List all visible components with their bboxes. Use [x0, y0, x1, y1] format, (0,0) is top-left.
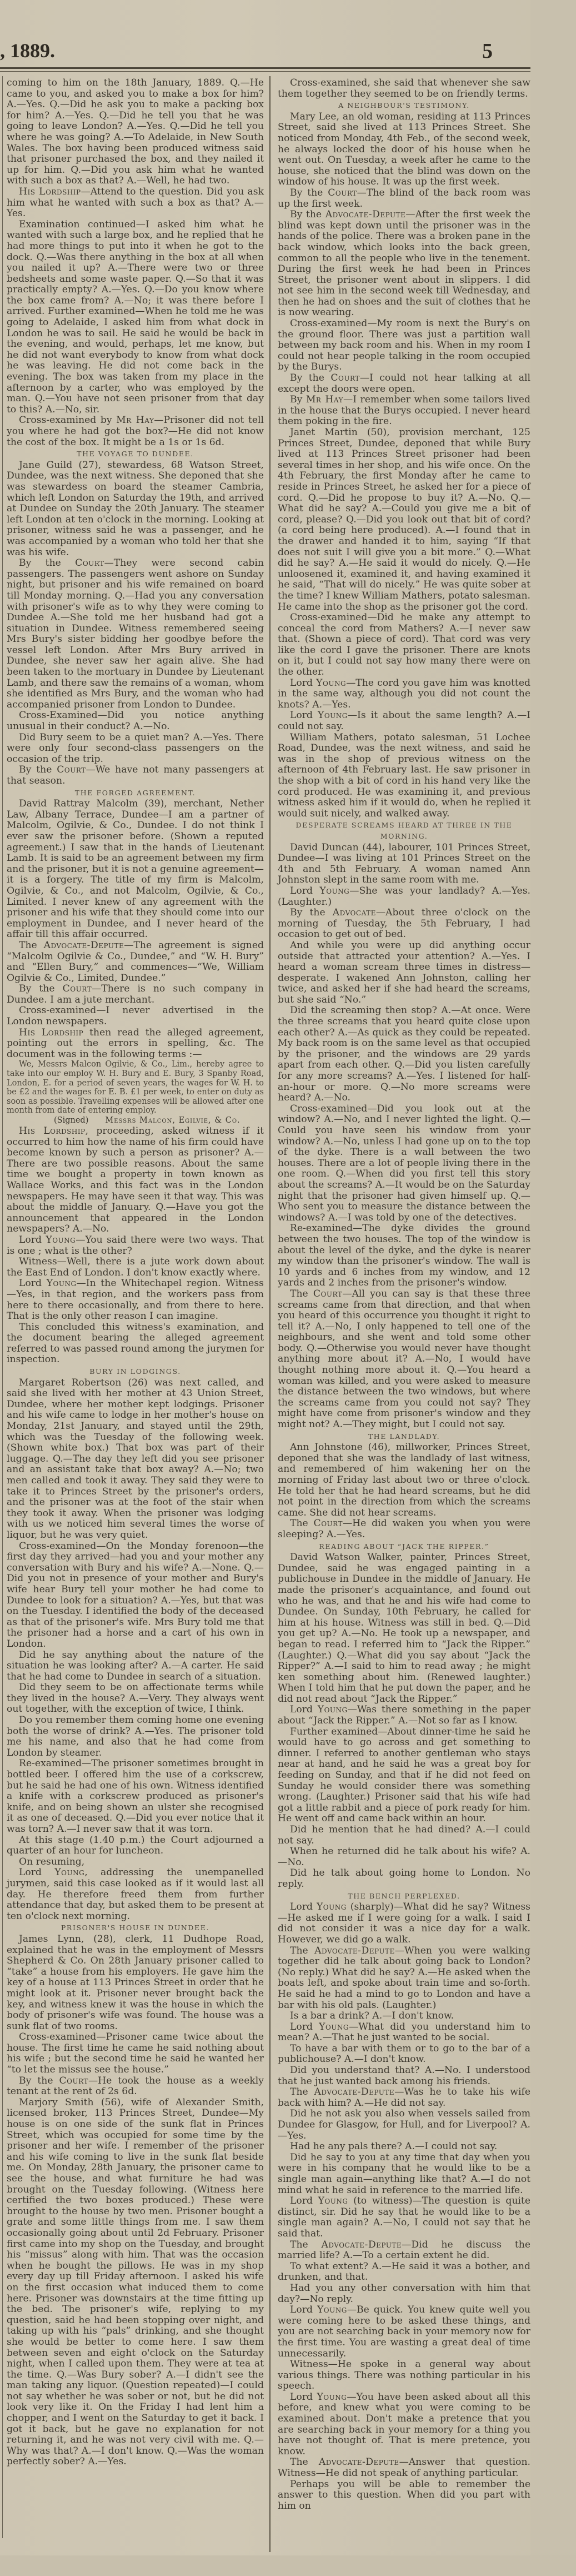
speaker-prefix: By the: [19, 764, 57, 775]
speaker-prefix: The: [19, 940, 44, 951]
speaker-prefix: Lord: [19, 1278, 47, 1289]
article-paragraph: Mary Lee, an old woman, residing at 113 …: [278, 112, 530, 188]
section-subheading: The bench perplexed.: [278, 1891, 530, 1902]
paragraph-text: Ann Johnstone (46), millworker, Princes …: [278, 1442, 530, 1518]
paragraph-text: Mary Lee, an old woman, residing at 113 …: [278, 111, 530, 188]
speaker-name: Court: [75, 557, 104, 569]
article-paragraph: By the Court—There is no such company in…: [7, 984, 264, 1005]
paragraph-text: Witness—Well, there is a jute work down …: [7, 1256, 264, 1278]
article-paragraph: Did he say anything about the nature of …: [7, 1650, 264, 1683]
speaker-prefix: By the: [290, 209, 325, 220]
article-paragraph: Had you any other conversation with him …: [278, 2283, 530, 2305]
speaker-name: Young: [318, 2195, 348, 2206]
article-paragraph: Did you understand that? A.—No. I unders…: [278, 2065, 530, 2087]
article-paragraph: Examination continued—I asked him what h…: [7, 220, 264, 416]
article-paragraph: His Lordship, proceeding, asked witness …: [7, 1126, 264, 1235]
article-paragraph: Lord Young—You said there were two ways.…: [7, 1235, 264, 1257]
speaker-prefix: Lord: [19, 1867, 54, 1878]
paragraph-text: Witness—He spoke in a general way about …: [278, 2359, 530, 2391]
article-paragraph: Did he talk about going home to London. …: [278, 1868, 530, 1890]
article-paragraph: Cross-examined—On the Monday forenoon—th…: [7, 1541, 264, 1650]
header-rule: [0, 67, 530, 72]
speaker-prefix: By the: [290, 372, 330, 383]
article-paragraph: His Lordship—Attend to the question. Did…: [7, 187, 264, 220]
article-paragraph: Witness—Well, there is a jute work down …: [7, 1257, 264, 1278]
paragraph-text: Did he mention that he had dined? A.—I c…: [278, 1824, 530, 1846]
article-paragraph: Margaret Robertson (26) was next called,…: [7, 1378, 264, 1541]
speaker-name: Advocate-Depute: [314, 1945, 395, 1956]
paragraph-text: On resuming,: [19, 1856, 84, 1867]
article-paragraph: Do you remember them coming home one eve…: [7, 1715, 264, 1758]
speaker-name: Advocate-Depute: [319, 2457, 399, 2468]
paragraph-text: David Rattray Malcolm (39), merchant, Ne…: [7, 798, 264, 940]
article-paragraph: By Mr Hay—I remember when some tailors l…: [278, 395, 530, 427]
paragraph-text: Did he say anything about the nature of …: [7, 1650, 264, 1682]
speaker-name: Mr Hay: [306, 394, 343, 405]
speaker-prefix: The: [290, 1288, 313, 1299]
article-paragraph: Re-examined—The dyke divides the ground …: [278, 1223, 530, 1289]
article-paragraph: Did he mention that he had dined? A.—I c…: [278, 1825, 530, 1846]
article-paragraph: James Lynn, (28), clerk, 11 Dudhope Road…: [7, 1934, 264, 2032]
article-paragraph: To have a bar with them or to go to the …: [278, 2044, 530, 2065]
speaker-name: Advocate-Depute: [321, 2239, 402, 2250]
paragraph-text: And while you were up did anything occur…: [278, 940, 530, 1005]
speaker-prefix: Lord: [290, 677, 316, 689]
speaker-prefix: By the: [19, 2075, 59, 2086]
section-subheading: The landlady.: [278, 1431, 530, 1442]
article-paragraph: Lord Young (to witness)—The question is …: [278, 2196, 530, 2239]
article-paragraph: When he returned did he talk about his w…: [278, 1846, 530, 1868]
article-paragraph: Lord Young—Was there something in the pa…: [278, 1705, 530, 1726]
speaker-name: His Lordship: [19, 1125, 86, 1137]
paragraph-text: Cross-examined—My room is next the Bury'…: [278, 318, 530, 372]
article-paragraph: The Advocate-Depute—When you were walkin…: [278, 1946, 530, 2011]
speaker-name: Advocate: [333, 907, 376, 918]
paragraph-text: —After the first week the blind was kept…: [278, 209, 530, 318]
article-paragraph: This concluded this witness's examinatio…: [7, 1322, 264, 1366]
paragraph-text: Cross-examined, she said that whenever s…: [278, 77, 530, 99]
paragraph-text: This concluded this witness's examinatio…: [7, 1322, 264, 1366]
speaker-name: Court: [313, 1288, 342, 1299]
speaker-name: Young: [317, 1901, 347, 1912]
article-paragraph: Lord Young (sharply)—What did he say? Wi…: [278, 1902, 530, 1945]
article-paragraph: Janet Martin (50), provision merchant, 1…: [278, 427, 530, 612]
article-paragraph: At this stage (1.40 p.m.) the Court adjo…: [7, 1835, 264, 1857]
speaker-name: Young: [319, 885, 349, 896]
article-paragraph: Witness—He spoke in a general way about …: [278, 2359, 530, 2392]
article-paragraph: David Duncan (44), labourer, 101 Princes…: [278, 843, 530, 886]
speaker-name: Young: [54, 1867, 84, 1878]
speaker-prefix: Lord: [290, 1704, 318, 1715]
speaker-prefix: By the: [290, 187, 328, 198]
article-paragraph: Had he any pals there? A.—I could not sa…: [278, 2141, 530, 2153]
paragraph-text: Did he not ask you also when vessels sai…: [278, 2108, 530, 2141]
article-paragraph: On resuming,: [7, 1857, 264, 1868]
article-paragraph: Lord Young—In the Whitechapel region. Wi…: [7, 1278, 264, 1322]
speaker-name: Court: [314, 1518, 343, 1529]
speaker-prefix: Lord: [290, 2304, 317, 2315]
article-paragraph: By the Court—I could not hear talking at…: [278, 373, 530, 395]
article-paragraph: Cross-examined by Mr Hay—Prisoner did no…: [7, 415, 264, 448]
article-paragraph: Lord Young—Is it about the same length? …: [278, 710, 530, 732]
article-paragraph: Marjory Smith (56), wife of Alexander Sm…: [7, 2097, 264, 2468]
article-paragraph: Is a bar a drink? A.—I don't know.: [278, 2011, 530, 2022]
paragraph-text: coming to him on the 18th January, 1889.…: [7, 77, 264, 186]
speaker-prefix: Lord: [290, 710, 318, 721]
article-paragraph: Further examined—About dinner-time he sa…: [278, 1727, 530, 1825]
section-subheading: The forged agreement.: [7, 788, 264, 799]
paragraph-text: At this stage (1.40 p.m.) the Court adjo…: [7, 1835, 264, 1857]
article-paragraph: Lord Young—What did you understand him t…: [278, 2022, 530, 2044]
speaker-name: Young: [316, 677, 346, 689]
paragraph-text: Further examined—About dinner-time he sa…: [278, 1726, 530, 1825]
article-paragraph: His Lordship then read the alleged agree…: [7, 1028, 264, 1060]
article-paragraph: Ann Johnstone (46), millworker, Princes …: [278, 1442, 530, 1518]
speaker-name: Court: [59, 2075, 88, 2086]
article-paragraph: Did he say to you at any time that day w…: [278, 2153, 530, 2196]
speaker-name: Mr Hay: [116, 415, 154, 426]
paragraph-text: Re-examined—The dyke divides the ground …: [278, 1223, 530, 1288]
article-paragraph: Lord Young, addressing the unempanelled …: [7, 1867, 264, 1922]
speaker-prefix: Lord: [290, 885, 319, 896]
speaker-name: Young: [317, 2304, 347, 2315]
column-rule-center: [269, 76, 271, 2552]
article-paragraph: Jane Guild (27), stewardess, 68 Watson S…: [7, 460, 264, 558]
speaker-name: Young: [319, 2021, 349, 2032]
paragraph-text: David Watson Walker, painter, Princes St…: [278, 1552, 530, 1705]
article-paragraph: Lord Young—Be quick. You knew quite well…: [278, 2305, 530, 2359]
paragraph-text: Did Bury seem to be a quiet man? A.—Yes.…: [7, 732, 264, 765]
paragraph-text: Cross-examined—Did he make any attempt t…: [278, 612, 530, 677]
paragraph-text: , proceeding, asked witness if it occurr…: [7, 1125, 264, 1234]
paragraph-text: Cross-examined—Did you look out at the w…: [278, 1103, 530, 1223]
article-paragraph: Did Bury seem to be a quiet man? A.—Yes.…: [7, 733, 264, 765]
paragraph-text: Did he say to you at any time that day w…: [278, 2152, 530, 2196]
paragraph-text: Examination continued—I asked him what h…: [7, 219, 264, 415]
article-paragraph: Cross-examined—My room is next the Bury'…: [278, 318, 530, 373]
paragraph-text: Did he talk about going home to London. …: [278, 1867, 530, 1890]
article-paragraph: Cross-Examined—Did you notice anything u…: [7, 710, 264, 732]
article-paragraph: By the Court—We have not many passengers…: [7, 765, 264, 786]
article-paragraph: By the Court—The blind of the back room …: [278, 188, 530, 210]
article-paragraph: Did the screaming then stop? A.—At once.…: [278, 1005, 530, 1103]
article-paragraph: Did they seem to be on affectionate term…: [7, 1682, 264, 1715]
agreement-signature: (Signed)Messrs Malcon, Egilvie, & Co.: [7, 1115, 264, 1126]
paragraph-text: Did they seem to be on affectionate term…: [7, 1682, 264, 1715]
paragraph-text: Did you understand that? A.—No. I unders…: [278, 2065, 530, 2087]
paragraph-text: Perhaps you will be able to remember the…: [278, 2479, 530, 2512]
article-paragraph: Lord Young—You have been asked about all…: [278, 2392, 530, 2458]
speaker-name: Advocate-Depute: [314, 2086, 395, 2097]
signature-label: (Signed): [54, 1116, 88, 1125]
paragraph-text: Cross-Examined—Did you notice anything u…: [7, 710, 264, 732]
article-paragraph: By the Court—He took the house as a week…: [7, 2076, 264, 2097]
section-subheading: The voyage to Dundee.: [7, 449, 264, 460]
paragraph-text: Had you any other conversation with him …: [278, 2283, 530, 2305]
article-paragraph: Cross-examined, she said that whenever s…: [278, 78, 530, 99]
speaker-prefix: Cross-examined by: [19, 415, 116, 426]
article-paragraph: The Advocate-Depute—Was he to take his w…: [278, 2087, 530, 2109]
article-paragraph: Perhaps you will be able to remember the…: [278, 2479, 530, 2512]
speaker-name: Young: [47, 1278, 77, 1289]
speaker-name: Young: [46, 1234, 76, 1245]
speaker-prefix: Lord: [290, 1901, 317, 1912]
paragraph-text: William Mathers, potato salesman, 51 Loc…: [278, 732, 530, 819]
article-paragraph: To what extent? A.—He said it was a both…: [278, 2261, 530, 2283]
speaker-prefix: The: [290, 1945, 314, 1956]
speaker-prefix: Lord: [290, 2195, 318, 2206]
speaker-name: Court: [328, 187, 357, 198]
paragraph-text: David Duncan (44), labourer, 101 Princes…: [278, 842, 530, 886]
speaker-prefix: Lord: [290, 2391, 317, 2403]
article-paragraph: Lord Young—She was your landlady? A.—Yes…: [278, 886, 530, 908]
article-paragraph: David Watson Walker, painter, Princes St…: [278, 1552, 530, 1705]
speaker-name: His Lordship: [19, 186, 81, 197]
speaker-name: Advocate-Depute: [325, 209, 406, 220]
paragraph-text: —They were second cabin passengers. The …: [7, 557, 264, 710]
section-subheading: Bury in lodgings.: [7, 1366, 264, 1377]
paragraph-text: Janet Martin (50), provision merchant, 1…: [278, 427, 530, 612]
article-paragraph: By the Advocate-Depute—After the first w…: [278, 210, 530, 318]
paragraph-text: Margaret Robertson (26) was next called,…: [7, 1377, 264, 1541]
speaker-prefix: By the: [19, 983, 63, 994]
paragraph-text: Cross-examined—Prisoner came twice about…: [7, 2031, 264, 2075]
paragraph-text: To what extent? A.—He said it was a both…: [278, 2261, 530, 2283]
paragraph-text: Is a bar a drink? A.—I don't know.: [290, 2010, 454, 2021]
paragraph-text: Cross-examined—I never advertised in the…: [7, 1005, 264, 1027]
speaker-name: Court: [57, 764, 86, 775]
paragraph-text: Marjory Smith (56), wife of Alexander Sm…: [7, 2097, 264, 2468]
column-rule-left: [2, 76, 3, 2538]
speaker-name: Young: [318, 710, 348, 721]
speaker-name: Young: [318, 1704, 348, 1715]
paragraph-text: Do you remember them coming home one eve…: [7, 1715, 264, 1758]
speaker-name: Court: [330, 372, 359, 383]
article-paragraph: coming to him on the 18th January, 1889.…: [7, 78, 264, 187]
article-paragraph: Cross-examined—Prisoner came twice about…: [7, 2032, 264, 2075]
article-paragraph: William Mathers, potato salesman, 51 Loc…: [278, 733, 530, 820]
page-margin: [530, 0, 576, 2576]
article-column-left: coming to him on the 18th January, 1889.…: [7, 78, 264, 2468]
article-paragraph: Re-examined—The prisoner sometimes broug…: [7, 1758, 264, 1835]
speaker-name: Court: [63, 983, 92, 994]
speaker-prefix: By: [290, 394, 306, 405]
article-paragraph: And while you were up did anything occur…: [278, 940, 530, 1006]
paragraph-text: To have a bar with them or to go to the …: [278, 2043, 530, 2065]
article-paragraph: The Advocate-Depute—The agreement is sig…: [7, 940, 264, 984]
section-subheading: A neighbour's testimony.: [278, 100, 530, 111]
article-paragraph: By the Advocate—About three o'clock on t…: [278, 908, 530, 940]
paragraph-text: —All you can say is that these three scr…: [278, 1288, 530, 1430]
speaker-prefix: The: [290, 2457, 319, 2468]
section-subheading: Reading about “Jack the Ripper.”: [278, 1541, 530, 1552]
section-subheading: Desperate screams heard at three in the …: [278, 820, 530, 841]
paragraph-text: Had he any pals there? A.—I could not sa…: [290, 2141, 497, 2152]
paragraph-text: Jane Guild (27), stewardess, 68 Watson S…: [7, 460, 264, 558]
article-paragraph: Did he not ask you also when vessels sai…: [278, 2109, 530, 2141]
article-paragraph: The Advocate-Depute—Answer that question…: [278, 2457, 530, 2479]
paragraph-text: Re-examined—The prisoner sometimes broug…: [7, 1758, 264, 1835]
speaker-name: Young: [317, 2391, 347, 2403]
page-number: 5: [482, 39, 493, 63]
article-paragraph: Cross-examined—Did he make any attempt t…: [278, 612, 530, 678]
header-date: , 1889.: [0, 39, 55, 62]
article-paragraph: Cross-examined—I never advertised in the…: [7, 1005, 264, 1027]
speaker-prefix: By the: [290, 907, 333, 918]
article-paragraph: By the Court—They were second cabin pass…: [7, 558, 264, 710]
section-subheading: Prisoner's house in Dundee.: [7, 1922, 264, 1934]
speaker-name: His Lordship: [19, 1027, 83, 1038]
article-paragraph: David Rattray Malcolm (39), merchant, Ne…: [7, 799, 264, 940]
speaker-prefix: The: [290, 1518, 314, 1529]
article-paragraph: The Court—All you can say is that these …: [278, 1289, 530, 1431]
speaker-prefix: By the: [19, 557, 75, 569]
article-paragraph: Cross-examined—Did you look out at the w…: [278, 1104, 530, 1224]
paragraph-text: Did the screaming then stop? A.—At once.…: [278, 1005, 530, 1103]
article-paragraph: The Court—He did waken you when you were…: [278, 1518, 530, 1540]
agreement-quote: We, Messrs Malcon Ogilvie, & Co., Lim., …: [7, 1060, 264, 1115]
signature-name: Messrs Malcon, Egilvie, & Co.: [105, 1116, 240, 1125]
speaker-prefix: Lord: [290, 2021, 319, 2032]
speaker-name: Advocate-Depute: [44, 940, 124, 951]
paragraph-text: When he returned did he talk about his w…: [278, 1846, 530, 1868]
speaker-prefix: The: [290, 2086, 314, 2097]
speaker-prefix: Lord: [19, 1234, 46, 1245]
article-paragraph: The Advocate-Depute—Did he discuss the m…: [278, 2240, 530, 2261]
article-column-right: Cross-examined, she said that whenever s…: [278, 78, 530, 2512]
page-bottom-margin: [0, 2555, 576, 2576]
article-paragraph: Lord Young—The cord you gave him was kno…: [278, 678, 530, 711]
paragraph-text: James Lynn, (28), clerk, 11 Dudhope Road…: [7, 1934, 264, 2032]
speaker-prefix: The: [290, 2239, 321, 2250]
paragraph-text: Cross-examined—On the Monday forenoon—th…: [7, 1541, 264, 1650]
